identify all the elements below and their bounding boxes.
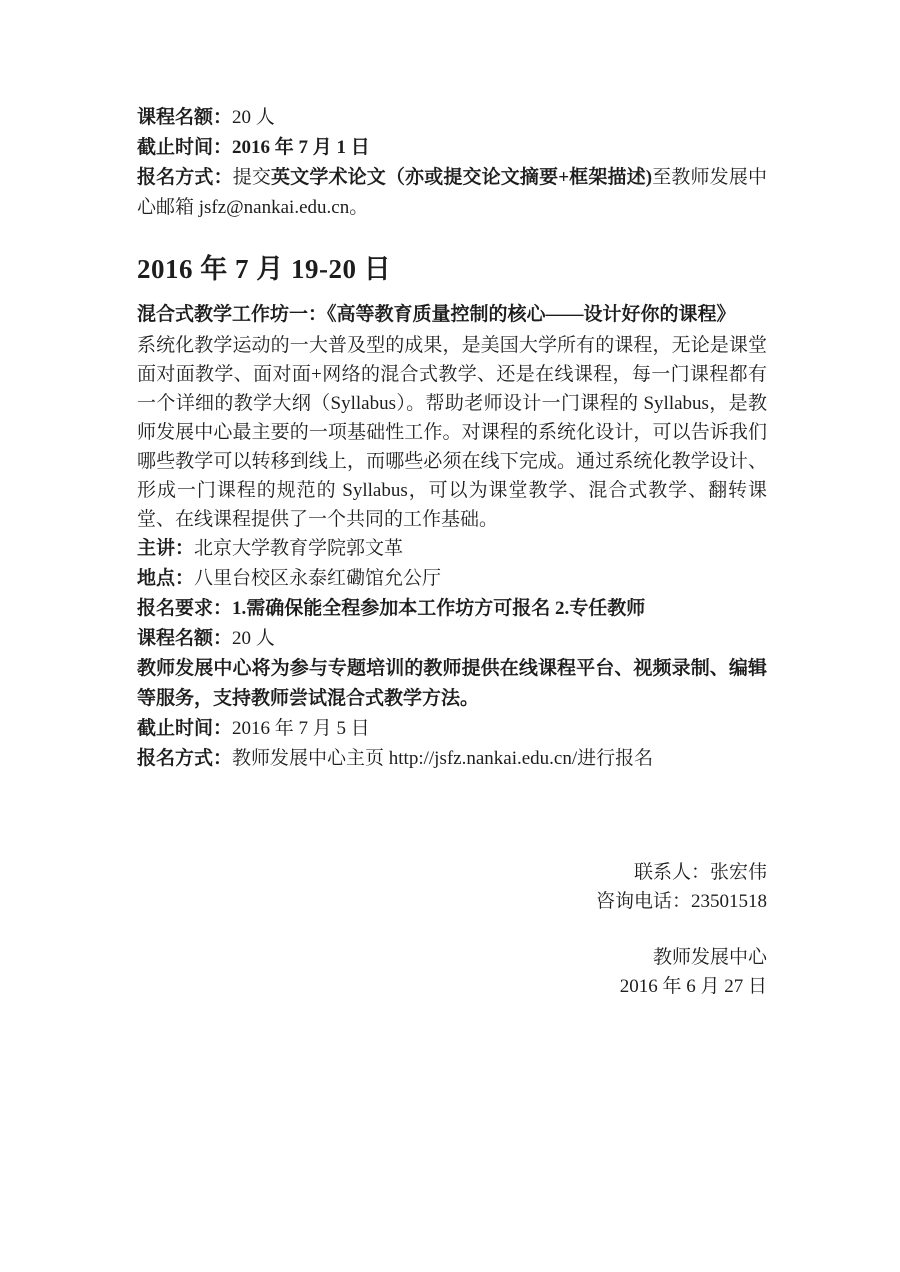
method-pre-1: 提交 <box>233 167 271 188</box>
workshop-title: 混合式教学工作坊一：《高等教育质量控制的核心——设计好你的课程》 <box>137 300 767 329</box>
speaker-label: 主讲： <box>137 538 194 559</box>
deadline-label-2: 截止时间： <box>137 718 232 739</box>
signature-org: 教师发展中心 <box>137 943 767 972</box>
document-page: 课程名额：20 人 截止时间：2016 年 7 月 1 日 报名方式：提交英文学… <box>0 0 900 1272</box>
phone-line: 咨询电话：23501518 <box>137 887 767 916</box>
contact-line: 联系人：张宏伟 <box>137 858 767 887</box>
phone-label: 咨询电话： <box>596 891 691 912</box>
deadline-value-1: 2016 年 7 月 1 日 <box>232 137 370 158</box>
deadline-line-2: 截止时间：2016 年 7 月 5 日 <box>137 714 767 744</box>
support-note: 教师发展中心将为参与专题培训的教师提供在线课程平台、视频录制、编辑等服务，支持教… <box>137 654 767 714</box>
requirements-value: 1.需确保能全程参加本工作坊方可报名 2.专任教师 <box>232 598 645 619</box>
method-value-2: 教师发展中心主页 http://jsfz.nankai.edu.cn/进行报名 <box>232 748 653 769</box>
quota-label-2: 课程名额： <box>137 628 232 649</box>
requirements-label: 报名要求： <box>137 598 232 619</box>
footer-block: 联系人：张宏伟 咨询电话：23501518 教师发展中心 2016 年 6 月 … <box>137 858 767 1001</box>
quota-value-1: 20 人 <box>232 107 275 128</box>
location-value: 八里台校区永泰红磡馆允公厅 <box>194 568 441 589</box>
quota-value-2: 20 人 <box>232 628 275 649</box>
location-line: 地点：八里台校区永泰红磡馆允公厅 <box>137 564 767 594</box>
method-line-1: 报名方式：提交英文学术论文（亦或提交论文摘要+框架描述)至教师发展中心邮箱 js… <box>137 163 767 223</box>
footer-spacer <box>137 916 767 943</box>
method-bold-1: 英文学术论文（亦或提交论文摘要+框架描述) <box>271 167 652 188</box>
quota-line-2: 课程名额：20 人 <box>137 624 767 654</box>
deadline-value-2: 2016 年 7 月 5 日 <box>232 718 370 739</box>
document-content: 课程名额：20 人 截止时间：2016 年 7 月 1 日 报名方式：提交英文学… <box>137 103 767 1001</box>
method-label-2: 报名方式： <box>137 748 232 769</box>
method-label-1: 报名方式： <box>137 167 233 188</box>
requirements-line: 报名要求：1.需确保能全程参加本工作坊方可报名 2.专任教师 <box>137 594 767 624</box>
method-line-2: 报名方式：教师发展中心主页 http://jsfz.nankai.edu.cn/… <box>137 744 767 774</box>
phone-value: 23501518 <box>691 891 767 912</box>
signature-date: 2016 年 6 月 27 日 <box>137 972 767 1001</box>
speaker-value: 北京大学教育学院郭文革 <box>194 538 403 559</box>
contact-label: 联系人： <box>634 862 710 883</box>
workshop-description: 系统化教学运动的一大普及型的成果，是美国大学所有的课程，无论是课堂面对面教学、面… <box>137 331 767 534</box>
speaker-line: 主讲：北京大学教育学院郭文革 <box>137 534 767 564</box>
date-heading: 2016 年 7 月 19-20 日 <box>137 252 767 286</box>
contact-value: 张宏伟 <box>710 862 767 883</box>
deadline-line-1: 截止时间：2016 年 7 月 1 日 <box>137 133 767 163</box>
quota-label-1: 课程名额： <box>137 107 232 128</box>
deadline-label-1: 截止时间： <box>137 137 232 158</box>
location-label: 地点： <box>137 568 194 589</box>
quota-line-1: 课程名额：20 人 <box>137 103 767 133</box>
